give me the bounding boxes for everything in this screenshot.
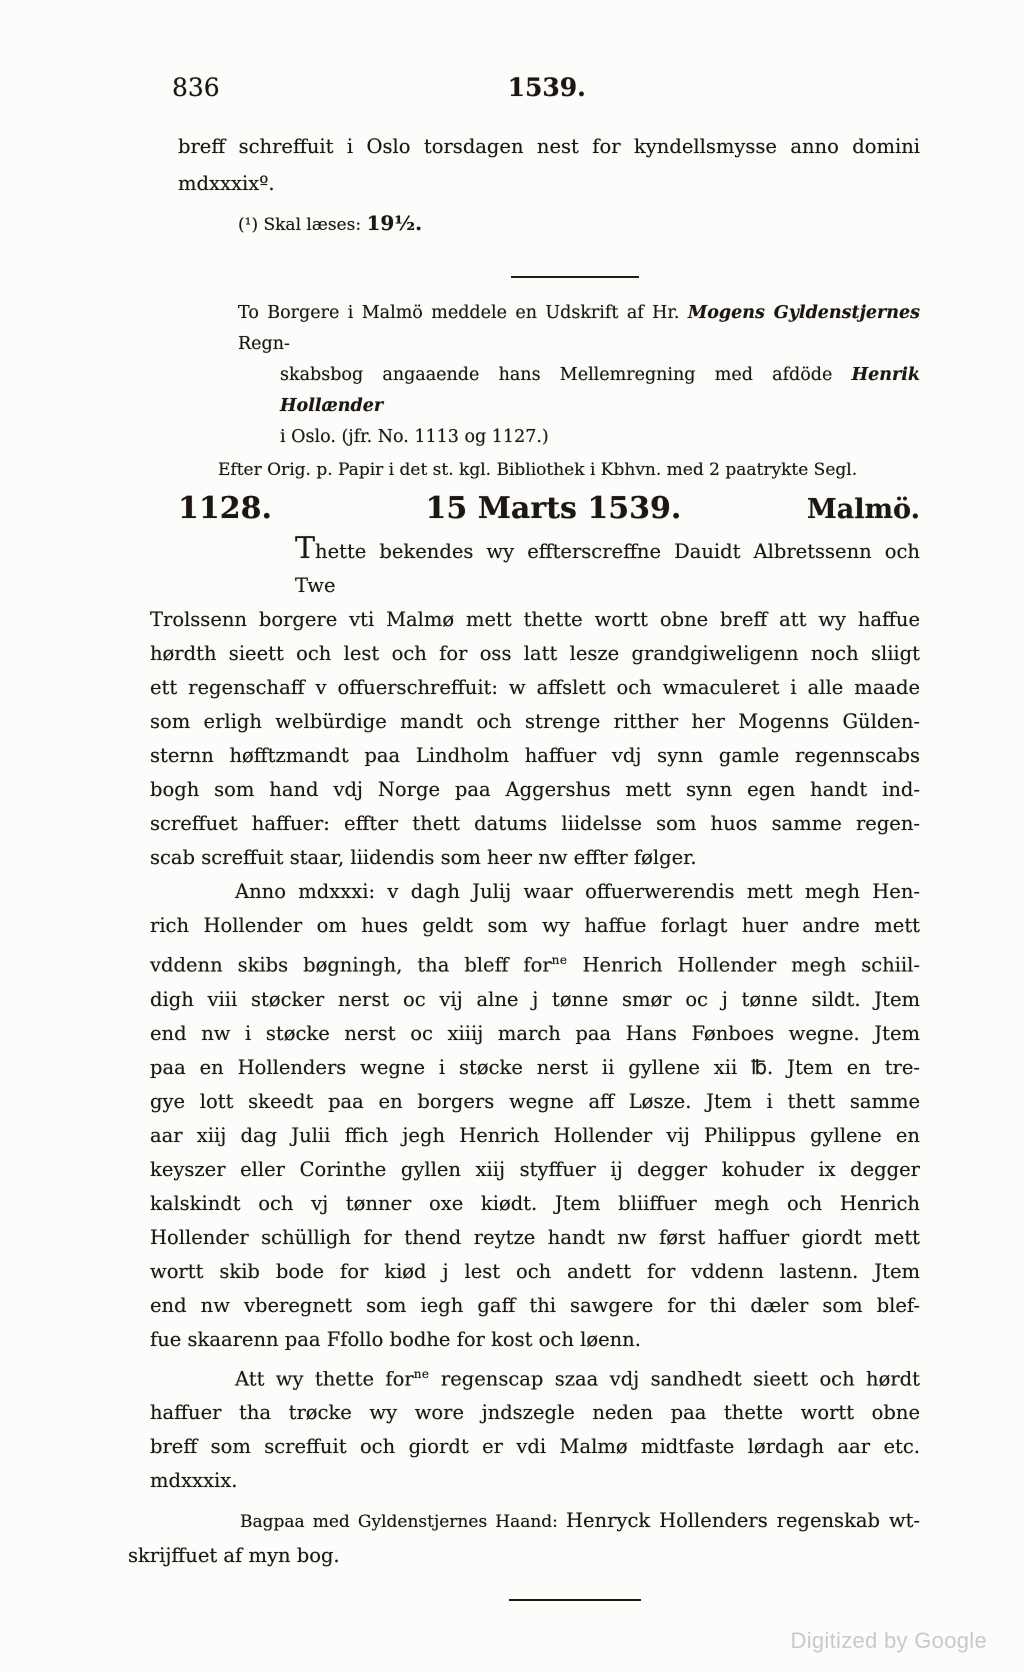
text-segment-fnval: 19½. xyxy=(366,211,422,235)
text-line: end nw i støcke nerst oc xiiij march paa… xyxy=(150,1017,920,1051)
text-line: bogh som hand vdj Norge paa Aggershus me… xyxy=(150,773,920,807)
text-line: rich Hollender om hues geldt som wy haff… xyxy=(150,909,920,943)
footnote: (¹) Skal læses: 19½. xyxy=(238,210,920,238)
google-watermark: Digitized by Google xyxy=(791,1628,987,1654)
continuation-paragraph: breff schreffuit i Oslo torsdagen nest f… xyxy=(178,128,920,202)
text-line: breff schreffuit i Oslo torsdagen nest f… xyxy=(178,128,920,165)
text-line: Hollender schülligh for thend reytze han… xyxy=(150,1221,920,1255)
text-line: skabsbog angaaende hans Mellemregning me… xyxy=(150,360,920,422)
text-line: kalskindt och vj tønner oxe kiødt. Jtem … xyxy=(150,1187,920,1221)
year-header: 1539. xyxy=(508,74,586,102)
text-segment-note: Bagpaa med Gyldenstjernes Haand: xyxy=(240,1512,566,1532)
text-segment-bi: Mogens Gyldenstjernes xyxy=(688,303,920,323)
text-line: vddenn skibs bøgningh, tha bleff forne H… xyxy=(150,943,920,983)
text-line: Thette bekendes wy effterscreffne Dauidt… xyxy=(150,535,920,603)
entry-heading: 1128. 15 Marts 1539. Malmö. xyxy=(150,492,920,527)
text-segment-big: T xyxy=(295,531,315,566)
source-note: Efter Orig. p. Papir i det st. kgl. Bibl… xyxy=(218,458,920,482)
text-line: fue skaarenn paa Ffollo bodhe for kost o… xyxy=(150,1323,920,1357)
text-line: hørdth sieett och lest och for oss latt … xyxy=(150,637,920,671)
book-page-scan: 836 1539. breff schreffuit i Oslo torsda… xyxy=(0,0,1025,1672)
paragraph: Att wy thette forne regenscap szaa vdj s… xyxy=(150,1357,920,1499)
running-header: 836 1539. xyxy=(150,74,920,102)
page-number: 836 xyxy=(172,74,220,102)
text-segment-fn: (¹) Skal læses: xyxy=(238,215,366,235)
paragraph: Thette bekendes wy effterscreffne Dauidt… xyxy=(150,535,920,875)
entry-body: Thette bekendes wy effterscreffne Dauidt… xyxy=(150,535,920,1498)
text-segment-sup: ne xyxy=(552,953,568,967)
text-line: som erligh welbürdige mandt och strenge … xyxy=(150,705,920,739)
text-line: mdxxxixº. xyxy=(178,165,920,202)
text-segment-bi: Henrik Hollænder xyxy=(280,365,920,416)
page-content: 836 1539. breff schreffuit i Oslo torsda… xyxy=(0,0,1025,1601)
text-line: screffuet haffuer: effter thett datums l… xyxy=(150,807,920,841)
entry-date: 15 Marts 1539. xyxy=(286,492,821,526)
text-line: wortt skib bode for kiød j lest och ande… xyxy=(150,1255,920,1289)
text-line: paa en Hollenders wegne i støcke nerst i… xyxy=(150,1051,920,1085)
text-line: mdxxxix. xyxy=(150,1464,920,1498)
text-line: keyszer eller Corinthe gyllen xiij styff… xyxy=(150,1153,920,1187)
section-divider-top xyxy=(511,276,639,278)
text-line: haffuer tha trøcke wy wore jndszegle ned… xyxy=(150,1396,920,1430)
endorsement: Bagpaa med Gyldenstjernes Haand: Henryck… xyxy=(128,1504,920,1573)
text-line: skrijffuet af myn bog. xyxy=(128,1539,920,1573)
section-divider-bottom xyxy=(509,1599,641,1601)
text-line: gye lott skeedt paa en borgers wegne aff… xyxy=(150,1085,920,1119)
text-line: (¹) Skal læses: 19½. xyxy=(238,210,920,238)
paragraph: Anno mdxxxi: v dagh Julij waar offuerwer… xyxy=(150,875,920,1357)
entry-place: Malmö. xyxy=(807,493,920,527)
text-line: ett regenschaff v offuerschreffuit: w af… xyxy=(150,671,920,705)
text-line: Att wy thette forne regenscap szaa vdj s… xyxy=(150,1357,920,1397)
summary-regest: To Borgere i Malmö meddele en Udskrift a… xyxy=(150,298,920,453)
text-line: aar xiij dag Julii ffich jegh Henrich Ho… xyxy=(150,1119,920,1153)
text-line: Bagpaa med Gyldenstjernes Haand: Henryck… xyxy=(128,1504,920,1539)
text-line: scab screffuit staar, liidendis som heer… xyxy=(150,841,920,875)
text-line: sternn høfftzmandt paa Lindholm haffuer … xyxy=(150,739,920,773)
text-line: i Oslo. (jfr. No. 1113 og 1127.) xyxy=(150,422,920,453)
text-line: Anno mdxxxi: v dagh Julij waar offuerwer… xyxy=(150,875,920,909)
text-line: Trolssenn borgere vti Malmø mett thette … xyxy=(150,603,920,637)
text-line: end nw vberegnett som iegh gaff thi sawg… xyxy=(150,1289,920,1323)
text-segment-sup: ne xyxy=(414,1367,430,1381)
entry-number: 1128. xyxy=(178,492,272,526)
text-line: digh viii støcker nerst oc vij alne j tø… xyxy=(150,983,920,1017)
text-line: breff som screffuit och giordt er vdi Ma… xyxy=(150,1430,920,1464)
text-line: To Borgere i Malmö meddele en Udskrift a… xyxy=(150,298,920,360)
